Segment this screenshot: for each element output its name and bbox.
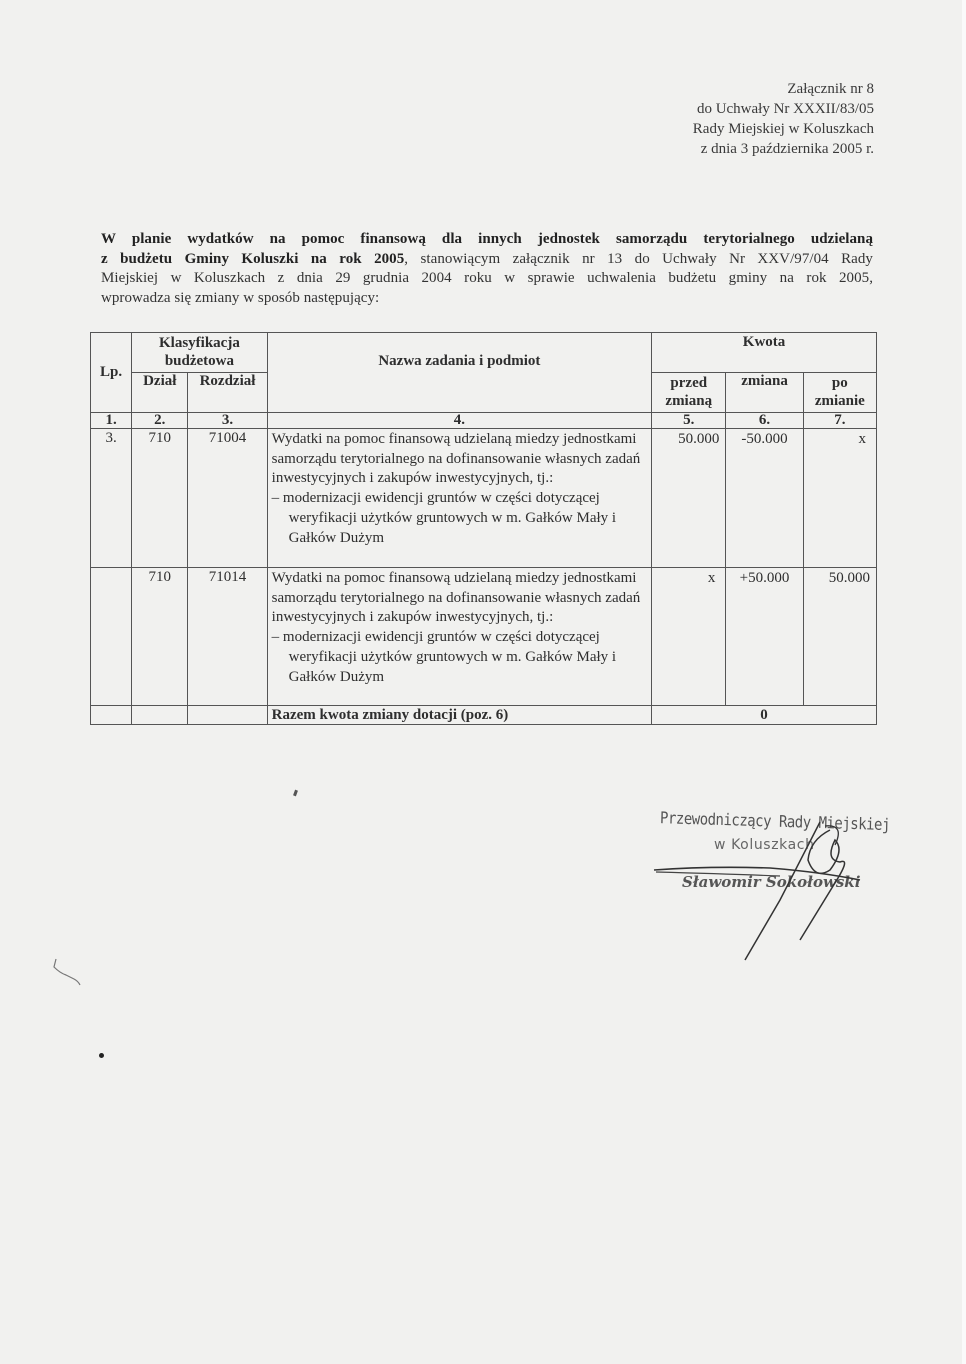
scanned-document-page: { "annex": { "line1": "Załącznik nr 8", …: [0, 0, 966, 1364]
annex-header: Załącznik nr 8 do Uchwały Nr XXXII/83/05…: [693, 79, 874, 159]
annex-council: Rady Miejskiej w Koluszkach: [693, 119, 874, 139]
total-empty-1: [91, 706, 132, 725]
intro-text-4: wprowadza się zmiany w sposób następując…: [101, 289, 873, 309]
row-amount-after: x: [803, 429, 876, 568]
header-before: przed zmianą: [652, 373, 726, 413]
annex-number: Załącznik nr 8: [693, 79, 874, 99]
row-amount-change: +50.000: [726, 568, 803, 706]
total-empty-2: [132, 706, 188, 725]
stray-mark: [293, 790, 298, 797]
header-after: po zmianie: [803, 373, 876, 413]
col-number-1: 1.: [91, 413, 132, 429]
ink-dot: [99, 1053, 104, 1058]
row-description-item: – modernizacji ewidencji gruntów w częśc…: [272, 489, 647, 548]
row-section: 710: [132, 429, 188, 568]
row-amount-change: -50.000: [726, 429, 803, 568]
total-label: Razem kwota zmiany dotacji (poz. 6): [267, 706, 651, 725]
row-subsection: 71014: [188, 568, 267, 706]
header-change: zmiana: [726, 373, 803, 413]
header-classification: Klasyfikacja budżetowa: [132, 333, 268, 373]
signature-block: Przewodniczący Rady Miejskiej w Koluszka…: [650, 800, 910, 970]
header-subsection: Rozdział: [188, 373, 267, 413]
row-amount-before: 50.000: [652, 429, 726, 568]
header-task-name: Nazwa zadania i podmiot: [267, 333, 651, 413]
row-lp: [91, 568, 132, 706]
row-subsection: 71004: [188, 429, 267, 568]
intro-text-3: Miejskiej w Koluszkach z dnia 29 grudnia…: [101, 269, 873, 289]
col-number-4: 4.: [267, 413, 651, 429]
table-row: 3. 710 71004 Wydatki na pomoc finansową …: [91, 429, 877, 568]
col-number-6: 6.: [726, 413, 803, 429]
col-number-7: 7.: [803, 413, 876, 429]
row-description-item: – modernizacji ewidencji gruntów w częśc…: [272, 628, 647, 687]
col-number-3: 3.: [188, 413, 267, 429]
col-number-2: 2.: [132, 413, 188, 429]
row-section: 710: [132, 568, 188, 706]
budget-changes-table: Lp. Klasyfikacja budżetowa Nazwa zadania…: [90, 332, 877, 725]
table-total-row: Razem kwota zmiany dotacji (poz. 6) 0: [91, 706, 877, 725]
header-section: Dział: [132, 373, 188, 413]
header-amount: Kwota: [652, 333, 877, 373]
row-amount-before: x: [652, 568, 726, 706]
table-row: 710 71014 Wydatki na pomoc finansową udz…: [91, 568, 877, 706]
col-number-5: 5.: [652, 413, 726, 429]
row-lp: 3.: [91, 429, 132, 568]
intro-text-2: , stanowiącym załącznik nr 13 do Uchwały…: [404, 251, 873, 267]
row-description-main: Wydatki na pomoc finansową udzielaną mie…: [272, 430, 647, 489]
annex-resolution: do Uchwały Nr XXXII/83/05: [693, 99, 874, 119]
header-lp: Lp.: [91, 333, 132, 413]
intro-bold-2: z budżetu Gminy Koluszki na rok 2005: [101, 251, 404, 267]
stray-pen-mark-icon: [52, 955, 92, 995]
total-value: 0: [652, 706, 877, 725]
total-empty-3: [188, 706, 267, 725]
intro-paragraph: W planie wydatków na pomoc finansową dla…: [101, 230, 873, 308]
row-description: Wydatki na pomoc finansową udzielaną mie…: [267, 429, 651, 568]
page-edge: [962, 0, 966, 1364]
intro-bold-1: W planie wydatków na pomoc finansową dla…: [101, 231, 873, 247]
row-amount-after: 50.000: [803, 568, 876, 706]
handwritten-signature-icon: [650, 800, 910, 970]
annex-date: z dnia 3 października 2005 r.: [693, 139, 874, 159]
row-description: Wydatki na pomoc finansową udzielaną mie…: [267, 568, 651, 706]
row-description-main: Wydatki na pomoc finansową udzielaną mie…: [272, 569, 647, 628]
